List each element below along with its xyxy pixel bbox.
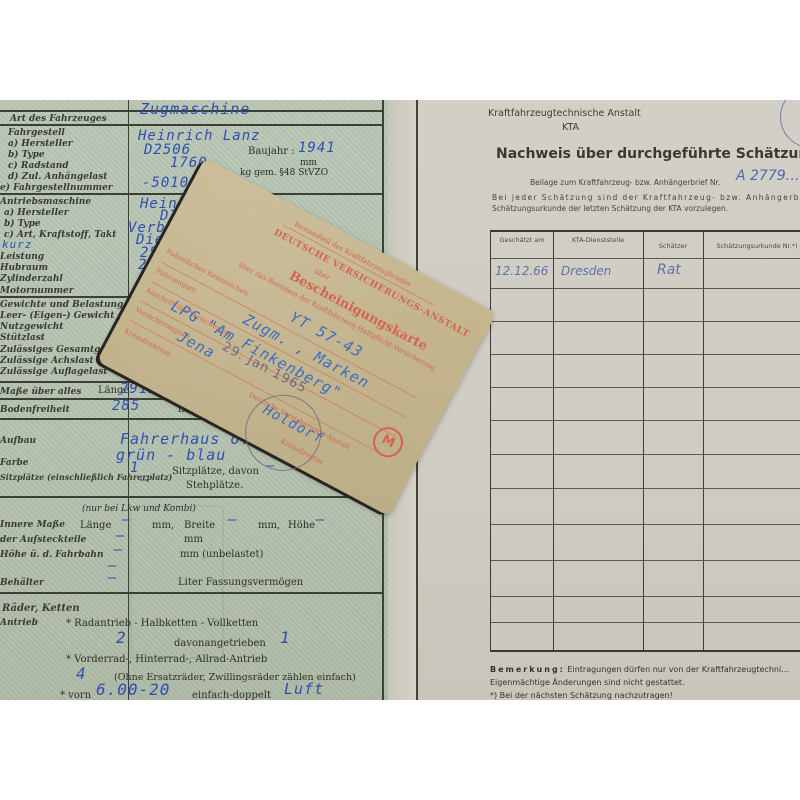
label-aufbau: Aufbau bbox=[0, 436, 36, 446]
value-hoehe-fahrbahn: — bbox=[114, 542, 123, 558]
label-stehplaetze: Stehplätze. bbox=[186, 480, 243, 491]
row-divider bbox=[491, 321, 800, 322]
instruction-line-2: Schätzungsurkunde der letzten Schätzung … bbox=[492, 204, 728, 213]
label-sitzplaetze-davon: Sitzplätze, davon bbox=[172, 466, 259, 477]
institution-name: Kraftfahrzeugtechnische Anstalt bbox=[488, 108, 641, 119]
kta-estimation-page: Kraftfahrzeugtechnische Anstalt KTA Nach… bbox=[418, 100, 800, 700]
label-auflagelast: Zulässige Auflagelast bbox=[0, 367, 107, 377]
value-achsen: 2 bbox=[116, 628, 127, 647]
label-radstand: c) Radstand bbox=[8, 161, 69, 171]
header-geschaetzt-am: Geschätzt am bbox=[491, 236, 553, 244]
header-schaetzungsurkunde: Schätzungsurkunde Nr.*) bbox=[703, 242, 800, 250]
row-divider bbox=[491, 354, 800, 355]
cell-dienststelle: Dresden bbox=[561, 264, 611, 278]
value-fahrzeugart: Zugmaschine bbox=[140, 100, 250, 118]
label-vorn: * vorn bbox=[60, 690, 91, 700]
label-gewichte: Gewichte und Belastung bbox=[0, 300, 123, 310]
value-ladeflaeche-breite: — bbox=[228, 512, 237, 528]
value-baujahr: 1941 bbox=[298, 140, 336, 156]
label-innere-masse: Innere Maße bbox=[0, 520, 65, 530]
label-type: b) Type bbox=[8, 150, 45, 160]
column-divider bbox=[703, 232, 704, 650]
label-einfach-doppelt: einfach-doppelt bbox=[192, 690, 271, 700]
label-laenge: Länge bbox=[80, 520, 111, 531]
page-heading: Nachweis über durchgeführte Schätzun… bbox=[496, 146, 800, 162]
label-fahrgestell: Fahrgestell bbox=[8, 128, 65, 138]
label-masse-ueber-alles: Maße über alles bbox=[0, 387, 81, 397]
label-type: b) Type bbox=[4, 219, 41, 229]
value-behaelter-2: — bbox=[108, 570, 117, 586]
label-hoehe: Höhe bbox=[288, 520, 315, 531]
row-divider bbox=[491, 454, 800, 455]
label-hubraum: Hubraum bbox=[0, 263, 48, 273]
document-photo: Art des Fahrzeuges Zugmaschine Fahrgeste… bbox=[0, 100, 800, 700]
label-fahrgestellnummer: e) Fahrgestellnummer bbox=[0, 183, 113, 193]
label-leergewicht: Leer- (Eigen-) Gewicht bbox=[0, 311, 114, 321]
label-mm: mm, bbox=[258, 520, 280, 531]
label-kg-stvzo: kg gem. §48 StVZO bbox=[240, 168, 328, 178]
row-divider bbox=[0, 592, 382, 594]
instruction-line-1: Bei jeder Schätzung sind der Kraftfahrze… bbox=[492, 193, 800, 202]
label-hoehe-fahrbahn: Höhe ü. d. Fahrbahn bbox=[0, 550, 104, 560]
remark-text-1: Eintragungen dürfen nur von der Kraftfah… bbox=[567, 665, 789, 674]
value-sitzplaetze: 1 bbox=[130, 460, 139, 476]
text-antrieb-art: * Vorderrad-, Hinterrad-, Allrad-Antrieb bbox=[66, 654, 267, 665]
label-mm: mm bbox=[300, 158, 317, 168]
row-divider bbox=[0, 496, 382, 498]
estimation-table: Geschätzt am KTA-Dienststelle Schätzer S… bbox=[490, 230, 800, 652]
label-antriebsmaschine: Antriebsmaschine bbox=[0, 197, 91, 207]
remark-line-2: Eigenmächtige Änderungen sind nicht gest… bbox=[490, 678, 685, 687]
label-raeder-ketten: Räder, Ketten bbox=[2, 603, 80, 614]
label-liter-fassungsvermoegen: Liter Fassungsvermögen bbox=[178, 577, 303, 588]
label-farbe: Farbe bbox=[0, 458, 29, 468]
handwritten-margin-note: kurz bbox=[2, 238, 33, 251]
value-ladeflaeche-hoehe: — bbox=[316, 512, 325, 528]
label-kreisdirektion: Kreisdirektion: bbox=[123, 327, 174, 359]
label-achslast: Zulässige Achslast bbox=[0, 356, 94, 366]
dva-logo-icon: M bbox=[368, 422, 409, 463]
header-kta-dienststelle: KTA-Dienststelle bbox=[553, 236, 643, 244]
label-stuetzlast: Stützlast bbox=[0, 333, 45, 343]
label-nutzgewicht: Nutzgewicht bbox=[0, 322, 63, 332]
remark-line-1: Bemerkung: Eintragungen dürfen nur von d… bbox=[490, 665, 789, 674]
label-mm-unbelastet: mm (unbelastet) bbox=[180, 549, 263, 560]
label-breite: Breite bbox=[184, 520, 215, 531]
label-mm: mm bbox=[184, 534, 203, 545]
row-divider bbox=[491, 288, 800, 289]
row-divider bbox=[491, 488, 800, 489]
label-antrieb: Antrieb bbox=[0, 618, 38, 628]
row-divider bbox=[491, 524, 800, 525]
value-angetrieben: 1 bbox=[280, 628, 291, 647]
row-divider bbox=[491, 560, 800, 561]
row-divider bbox=[491, 596, 800, 597]
label-motornummer: Motornummer bbox=[0, 286, 73, 296]
brief-number: A 2779… bbox=[736, 168, 800, 184]
label-baujahr: Baujahr : bbox=[248, 146, 295, 157]
row-divider bbox=[491, 387, 800, 388]
value-bereifung: 6.00-20 bbox=[96, 680, 170, 699]
label-kennzeichen: Polizeiliches Kennzeichen: bbox=[165, 247, 252, 298]
value-bereifung-art: Luft bbox=[284, 680, 324, 698]
remark-label: Bemerkung: bbox=[490, 665, 565, 674]
value-ladeflaeche-laenge: — bbox=[122, 512, 131, 528]
row-divider bbox=[491, 420, 800, 421]
institution-abbr: KTA bbox=[562, 122, 579, 133]
round-stamp bbox=[780, 100, 800, 148]
value-raeder: 4 bbox=[76, 664, 87, 683]
value-bodenfreiheit: 285 bbox=[112, 398, 140, 414]
column-divider bbox=[553, 232, 554, 650]
row-divider bbox=[491, 258, 800, 259]
cell-schaetzer: Rat bbox=[657, 262, 681, 278]
label-anhaengelast: d) Zul. Anhängelast bbox=[8, 172, 107, 182]
header-schaetzer: Schätzer bbox=[643, 242, 703, 250]
label-hersteller: a) Hersteller bbox=[8, 139, 72, 149]
column-divider bbox=[643, 232, 644, 650]
remark-line-3: *) Bei der nächsten Schätzung nachzutrag… bbox=[490, 691, 673, 700]
label-hersteller: a) Hersteller bbox=[4, 208, 68, 218]
row-divider bbox=[491, 622, 800, 623]
label-art-des-fahrzeuges: Art des Fahrzeuges bbox=[10, 114, 107, 124]
label-mm: mm, bbox=[152, 520, 174, 531]
label-leistung: Leistung bbox=[0, 252, 44, 262]
label-behaelter: Behälter bbox=[0, 578, 44, 588]
beilage-text: Beilage zum Kraftfahrzeug- bzw. Anhänger… bbox=[530, 178, 720, 187]
row-divider bbox=[0, 124, 382, 126]
label-davon-angetrieben: davonangetrieben bbox=[174, 638, 266, 649]
cell-date: 12.12.66 bbox=[495, 264, 548, 278]
text-radantrieb: * Radantrieb - Halbketten - Vollketten bbox=[66, 618, 258, 629]
value-stehplaetze: — bbox=[140, 472, 149, 488]
label-aufsteckteile: der Aufsteckteile bbox=[0, 535, 86, 545]
label-zylinderzahl: Zylinderzahl bbox=[0, 274, 63, 284]
label-bodenfreiheit: Bodenfreiheit bbox=[0, 405, 70, 415]
note-nur-lkw: (nur bei Lkw und Kombi) bbox=[82, 504, 196, 514]
